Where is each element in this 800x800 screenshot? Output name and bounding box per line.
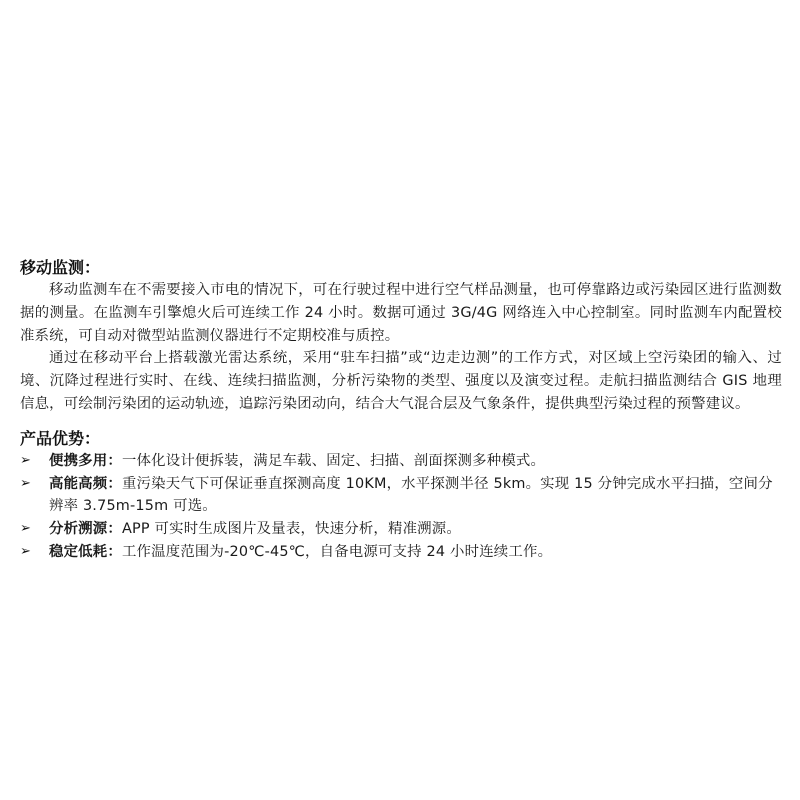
- list-item: ➢ 稳定低耗：工作温度范围为-20℃-45℃，自备电源可支持 24 小时连续工作…: [20, 541, 782, 564]
- arrowhead-bullet-icon: ➢: [20, 518, 31, 541]
- advantage-text: 重污染天气下可保证垂直探测高度 10KM，水平探测半径 5km。实现 15 分钟…: [49, 476, 773, 515]
- advantage-title: 便携多用：: [49, 453, 122, 469]
- advantage-text: APP 可实时生成图片及量表，快速分析，精准溯源。: [122, 521, 461, 537]
- section-heading-mobile-monitoring: 移动监测：: [20, 257, 782, 279]
- mobile-monitoring-section: 移动监测： 移动监测车在不需要接入市电的情况下，可在行驶过程中进行空气样品测量，…: [20, 257, 782, 416]
- advantage-title: 高能高频：: [49, 476, 122, 492]
- section-heading-product-advantages: 产品优势：: [20, 428, 782, 450]
- list-item: ➢ 便携多用：一体化设计便拆装，满足车载、固定、扫描、剖面探测多种模式。: [20, 450, 782, 473]
- advantage-text: 一体化设计便拆装，满足车载、固定、扫描、剖面探测多种模式。: [122, 453, 545, 469]
- advantage-title: 分析溯源：: [49, 521, 122, 537]
- arrowhead-bullet-icon: ➢: [20, 541, 31, 564]
- arrowhead-bullet-icon: ➢: [20, 450, 31, 473]
- arrowhead-bullet-icon: ➢: [20, 473, 31, 496]
- advantage-title: 稳定低耗：: [49, 544, 122, 560]
- list-item: ➢ 分析溯源：APP 可实时生成图片及量表，快速分析，精准溯源。: [20, 518, 782, 541]
- advantage-text: 工作温度范围为-20℃-45℃，自备电源可支持 24 小时连续工作。: [122, 544, 552, 560]
- product-advantages-section: 产品优势： ➢ 便携多用：一体化设计便拆装，满足车载、固定、扫描、剖面探测多种模…: [20, 428, 782, 564]
- advantages-list: ➢ 便携多用：一体化设计便拆装，满足车载、固定、扫描、剖面探测多种模式。 ➢ 高…: [20, 450, 782, 564]
- paragraph-lidar-scanning: 通过在移动平台上搭载激光雷达系统，采用“驻车扫描”或“边走边测”的工作方式，对区…: [20, 347, 782, 415]
- list-item: ➢ 高能高频：重污染天气下可保证垂直探测高度 10KM，水平探测半径 5km。实…: [20, 473, 782, 519]
- paragraph-mobile-vehicle: 移动监测车在不需要接入市电的情况下，可在行驶过程中进行空气样品测量，也可停靠路边…: [20, 279, 782, 347]
- document-body: 移动监测： 移动监测车在不需要接入市电的情况下，可在行驶过程中进行空气样品测量，…: [20, 257, 782, 564]
